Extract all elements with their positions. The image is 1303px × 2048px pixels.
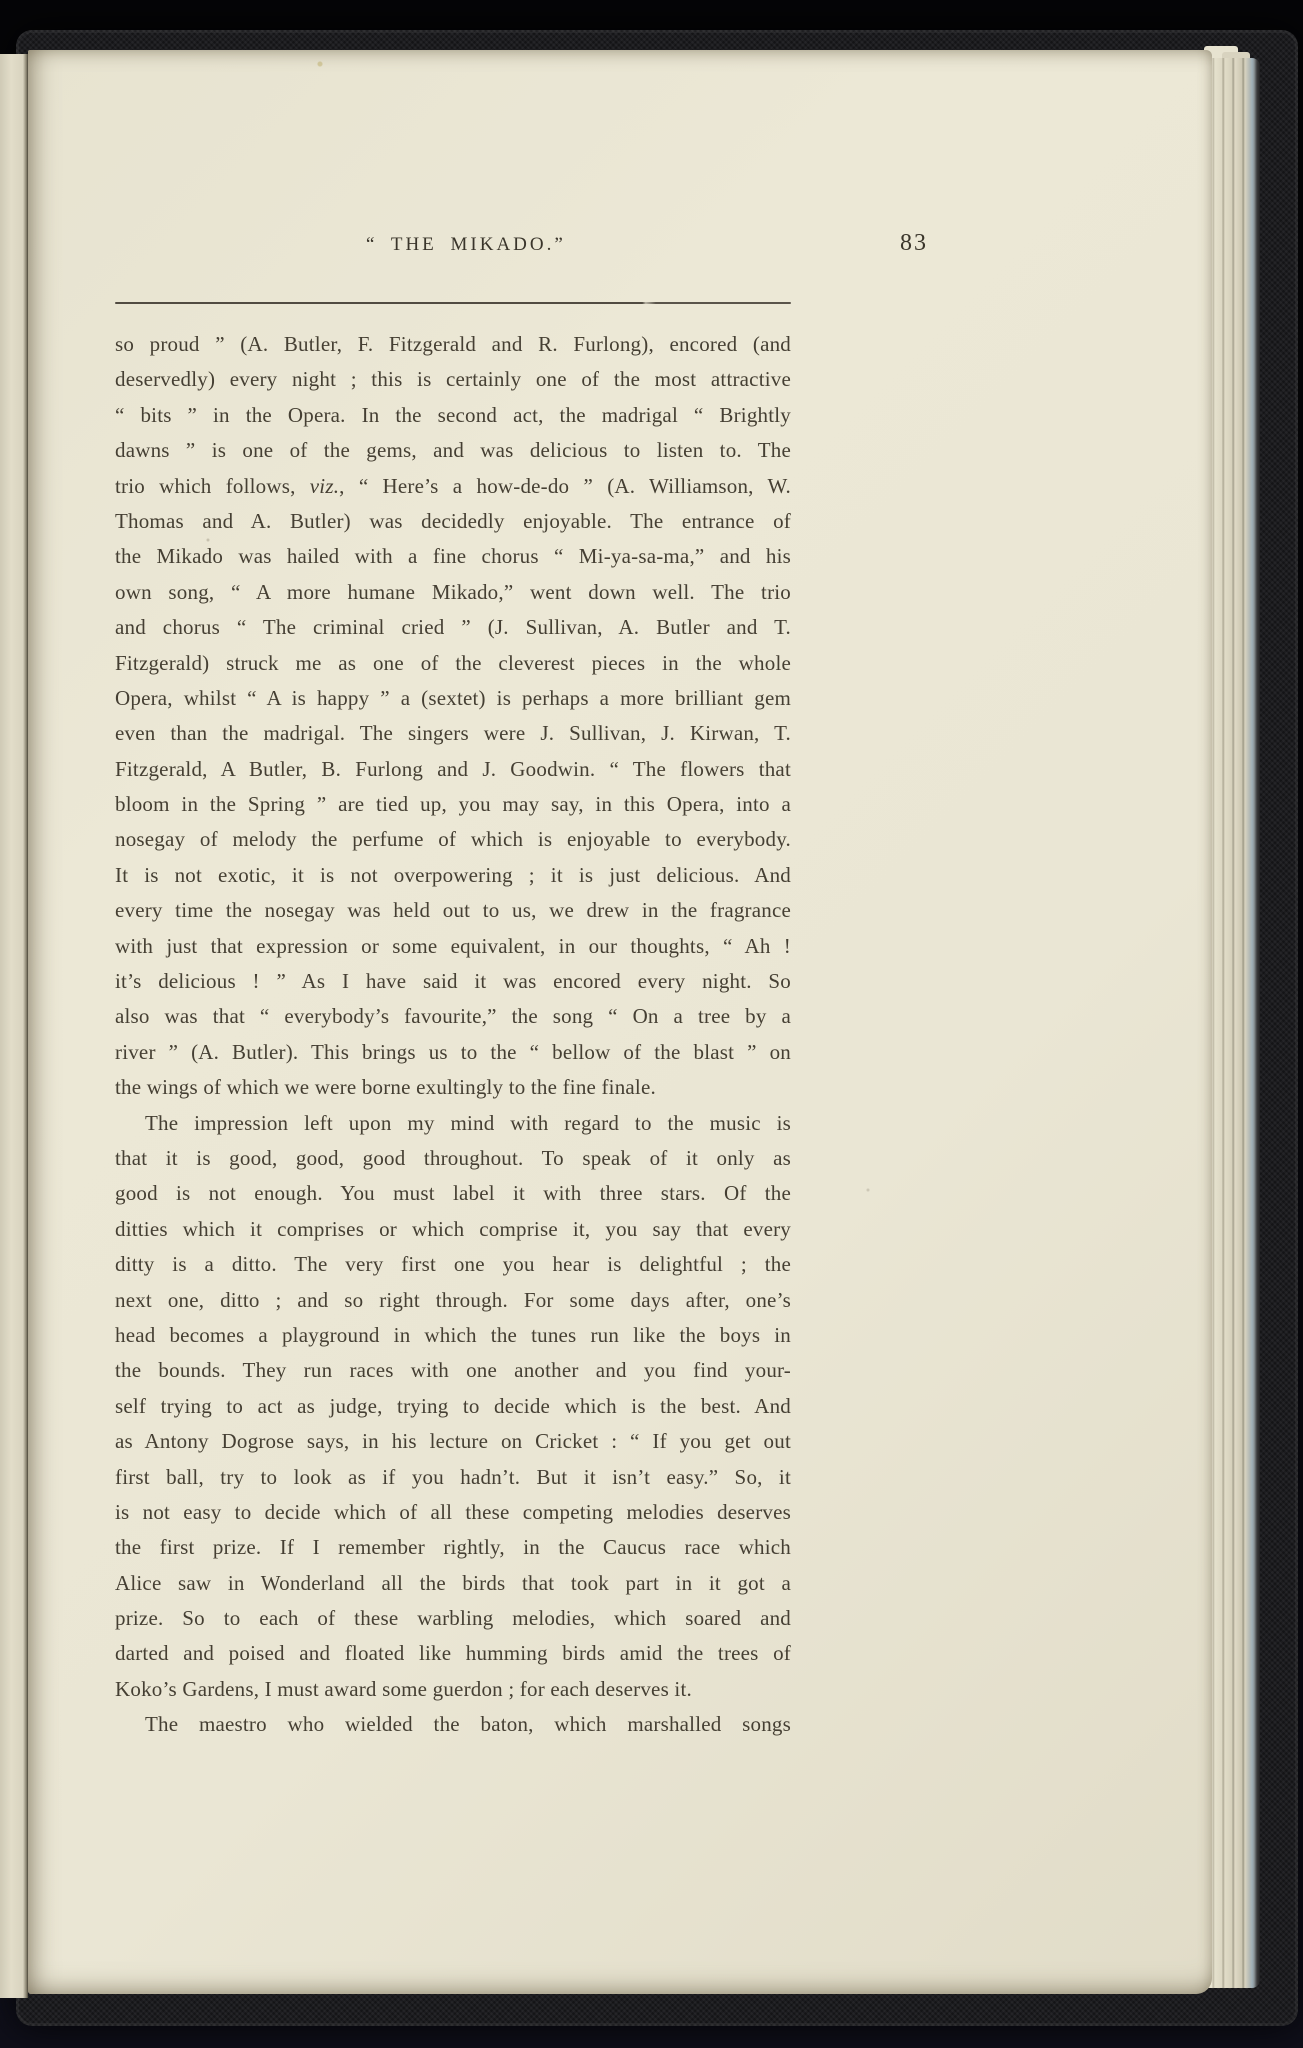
- book-page: “ THE MIKADO.” 83 so proud ” (A. Butler,…: [28, 50, 1212, 1994]
- text-line: Fitzgerald) struck me as one of the clev…: [115, 646, 791, 681]
- text-line: Koko’s Gardens, I must award some guerdo…: [115, 1672, 791, 1707]
- text-line: the Mikado was hailed with a fine chorus…: [115, 539, 791, 574]
- text-line: “ bits ” in the Opera. In the second act…: [115, 398, 791, 433]
- text-line: Alice saw in Wonderland all the birds th…: [115, 1566, 791, 1601]
- text-line: also was that “ everybody’s favourite,” …: [115, 999, 791, 1034]
- text-line: that it is good, good, good throughout. …: [115, 1141, 791, 1176]
- page-body: so proud ” (A. Butler, F. Fitzgerald and…: [115, 327, 791, 1743]
- text-line: deservedly) every night ; this is certai…: [115, 362, 791, 397]
- text-line: head becomes a playground in which the t…: [115, 1318, 791, 1353]
- text-line: the wings of which we were borne exultin…: [115, 1070, 791, 1105]
- running-head: “ THE MIKADO.” 83: [28, 50, 1212, 280]
- text-line: trio which follows, viz., “ Here’s a how…: [115, 469, 791, 504]
- text-line: nosegay of melody the perfume of which i…: [115, 822, 791, 857]
- running-title: “ THE MIKADO.”: [366, 234, 566, 256]
- text-line: bloom in the Spring ” are tied up, you m…: [115, 787, 791, 822]
- text-line: self trying to act as judge, trying to d…: [115, 1389, 791, 1424]
- text-line: every time the nosegay was held out to u…: [115, 893, 791, 928]
- text-line: it’s delicious ! ” As I have said it was…: [115, 964, 791, 999]
- text-line: ditties which it comprises or which comp…: [115, 1212, 791, 1247]
- text-line: and chorus “ The criminal cried ” (J. Su…: [115, 610, 791, 645]
- text-line: Opera, whilst “ A is happy ” a (sextet) …: [115, 681, 791, 716]
- text-line: ditty is a ditto. The very first one you…: [115, 1247, 791, 1282]
- text-line: good is not enough. You must label it wi…: [115, 1176, 791, 1211]
- text-line: Fitzgerald, A Butler, B. Furlong and J. …: [115, 752, 791, 787]
- text-line: darted and poised and floated like hummi…: [115, 1636, 791, 1671]
- text-line: The maestro who wielded the baton, which…: [115, 1707, 791, 1742]
- text-line: is not easy to decide which of all these…: [115, 1495, 791, 1530]
- text-line: the first prize. If I remember rightly, …: [115, 1530, 791, 1565]
- text-line: dawns ” is one of the gems, and was deli…: [115, 433, 791, 468]
- text-line: The impression left upon my mind with re…: [115, 1106, 791, 1141]
- text-line: next one, ditto ; and so right through. …: [115, 1283, 791, 1318]
- text-line: own song, “ A more humane Mikado,” went …: [115, 575, 791, 610]
- text-line: river ” (A. Butler). This brings us to t…: [115, 1035, 791, 1070]
- gutter-page-strip: [0, 54, 28, 1998]
- book-photo: “ THE MIKADO.” 83 so proud ” (A. Butler,…: [0, 0, 1303, 2048]
- header-rule: [115, 302, 791, 304]
- text-line: with just that expression or some equiva…: [115, 929, 791, 964]
- page-number: 83: [900, 230, 928, 257]
- text-line: Thomas and A. Butler) was decidedly enjo…: [115, 504, 791, 539]
- text-line: as Antony Dogrose says, in his lecture o…: [115, 1424, 791, 1459]
- text-line: It is not exotic, it is not overpowering…: [115, 858, 791, 893]
- text-line: first ball, try to look as if you hadn’t…: [115, 1460, 791, 1495]
- text-line: so proud ” (A. Butler, F. Fitzgerald and…: [115, 327, 791, 362]
- text-line: the bounds. They run races with one anot…: [115, 1353, 791, 1388]
- text-line: even than the madrigal. The singers were…: [115, 716, 791, 751]
- text-line: prize. So to each of these warbling melo…: [115, 1601, 791, 1636]
